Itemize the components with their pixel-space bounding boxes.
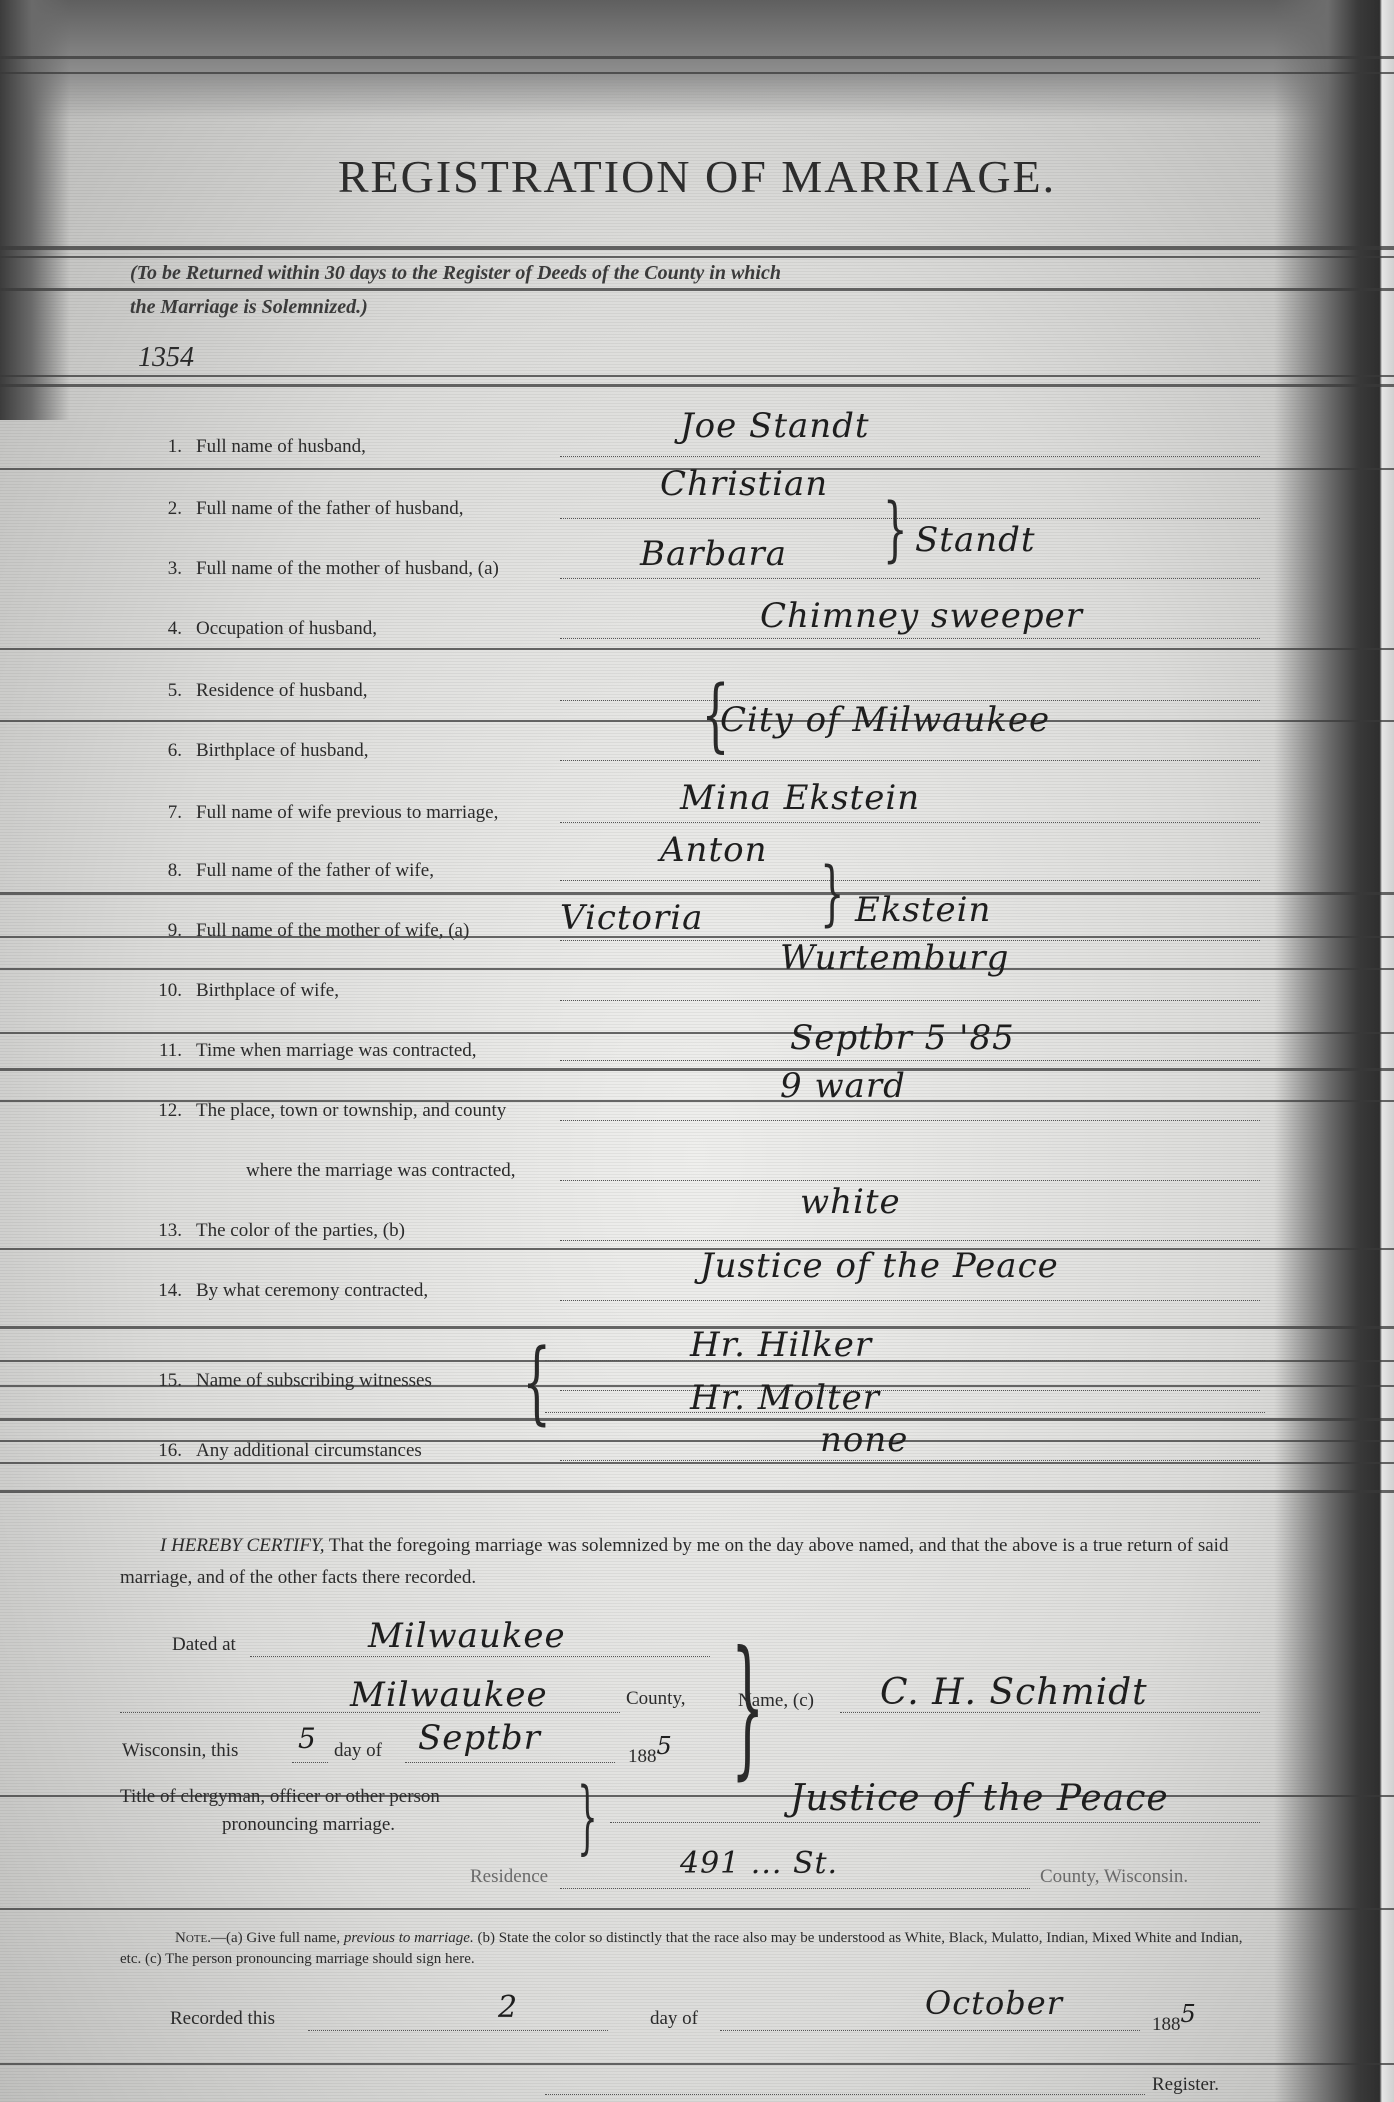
- note-part-a-italic: previous to marriage.: [344, 1930, 474, 1946]
- field-label: Birthplace of husband,: [196, 740, 369, 761]
- field-number: 3.: [136, 558, 182, 580]
- form-field-cont: where the marriage was contracted,: [246, 1160, 516, 1182]
- form-field-9: 9.Full name of the mother of wife, (a): [136, 920, 469, 942]
- field-number: 2.: [136, 498, 182, 520]
- field-line: [560, 638, 1260, 639]
- field-label: where the marriage was contracted,: [246, 1160, 516, 1181]
- form-field-6: 6.Birthplace of husband,: [136, 740, 369, 762]
- field-number: 1.: [136, 436, 182, 458]
- scan-streak: [0, 1462, 1394, 1464]
- scan-shadow-right: [1274, 0, 1394, 2102]
- witness-line-1: [545, 1360, 1265, 1361]
- scan-streak: [0, 1248, 1394, 1250]
- county-label: County,: [626, 1688, 685, 1710]
- field-number: 9.: [136, 920, 182, 942]
- field-label: Full name of husband,: [196, 436, 366, 457]
- field-label: Name of subscribing witnesses: [196, 1370, 432, 1391]
- field-value: Anton: [660, 830, 767, 870]
- scan-streak: [0, 56, 1394, 59]
- field-label: By what ceremony contracted,: [196, 1280, 428, 1301]
- field-number: 16.: [136, 1440, 182, 1462]
- field-line: [560, 880, 1260, 881]
- scan-shadow-left: [0, 0, 70, 420]
- scan-streak: [0, 648, 1394, 650]
- brace-husband-parents: }: [883, 488, 908, 570]
- day-of-label: day of: [334, 1740, 382, 1762]
- title-label-1: Title of clergyman, officer or other per…: [120, 1786, 440, 1808]
- field-label: Full name of wife previous to marriage,: [196, 802, 498, 823]
- footnote: Note.—(a) Give full name, previous to ma…: [120, 1928, 1260, 1970]
- residence-label: Residence: [470, 1866, 548, 1888]
- title-label-2: pronouncing marriage.: [222, 1814, 395, 1836]
- scan-streak: [0, 2063, 1394, 2065]
- form-field-2: 2.Full name of the father of husband,: [136, 498, 464, 520]
- scan-streak: [0, 256, 1394, 258]
- field-value: Septbr 5 '85: [790, 1018, 1015, 1058]
- field-value: Joe Standt: [680, 406, 870, 446]
- field-number: 10.: [136, 980, 182, 1002]
- field-number: 4.: [136, 618, 182, 640]
- field-value: none: [820, 1420, 908, 1460]
- field-number: 12.: [136, 1100, 182, 1122]
- field-label: Any additional circumstances: [196, 1440, 422, 1461]
- husband-residence-birthplace: City of Milwaukee: [720, 700, 1050, 740]
- field-label: The color of the parties, (b): [196, 1220, 405, 1241]
- field-value: white: [800, 1182, 901, 1222]
- scan-streak: [0, 288, 1394, 291]
- field-value: Mina Ekstein: [680, 778, 920, 818]
- form-field-13: 13.The color of the parties, (b): [136, 1220, 405, 1242]
- month-line: [405, 1762, 615, 1763]
- form-field-3: 3.Full name of the mother of husband, (a…: [136, 558, 499, 580]
- field-label: Full name of the father of wife,: [196, 860, 434, 881]
- county-value: Milwaukee: [350, 1675, 548, 1715]
- field-value: Wurtemburg: [780, 938, 1009, 978]
- year-prefix: 188: [628, 1746, 657, 1767]
- form-field-1: 1.Full name of husband,: [136, 436, 366, 458]
- field-number: 11.: [136, 1040, 182, 1062]
- field-line: [560, 1120, 1260, 1121]
- form-field-7: 7.Full name of wife previous to marriage…: [136, 802, 498, 824]
- note-lead: Note.: [175, 1930, 211, 1946]
- field-label: Full name of the mother of husband, (a): [196, 558, 499, 579]
- subtitle-line-1: (To be Returned within 30 days to the Re…: [130, 262, 781, 285]
- field-number: 8.: [136, 860, 182, 882]
- form-field-4: 4.Occupation of husband,: [136, 618, 377, 640]
- register-signature-line: [545, 2094, 1145, 2095]
- wisconsin-label: Wisconsin, this: [122, 1740, 238, 1762]
- field-label: Full name of the father of husband,: [196, 498, 464, 519]
- field-line: [560, 518, 1260, 519]
- certify-lead: I HEREBY CERTIFY,: [160, 1535, 325, 1556]
- scan-streak: [0, 892, 1394, 895]
- witness-1: Hr. Hilker: [690, 1325, 872, 1365]
- scan-streak: [0, 1908, 1394, 1910]
- scan-streak: [0, 720, 1394, 722]
- day-value: 5: [298, 1722, 317, 1755]
- scan-streak: [0, 375, 1394, 377]
- field-number: 15.: [136, 1370, 182, 1392]
- brace-wife-parents: }: [820, 852, 845, 934]
- scan-shadow-top: [0, 0, 1394, 120]
- dated-at-value: Milwaukee: [368, 1616, 566, 1656]
- dated-at-line: [250, 1656, 710, 1657]
- field-line: [560, 1300, 1260, 1301]
- scan-streak: [0, 72, 1394, 74]
- field-value: Chimney sweeper: [760, 596, 1083, 636]
- form-field-5: 5.Residence of husband,: [136, 680, 367, 702]
- recorded-month-line: [720, 2030, 1140, 2031]
- scan-streak: [0, 1418, 1394, 1421]
- field-value: Victoria: [560, 898, 703, 938]
- scan-streak: [0, 968, 1394, 970]
- field-line: [560, 456, 1260, 457]
- field-label: Time when marriage was contracted,: [196, 1040, 477, 1061]
- field-line: [560, 1180, 1260, 1181]
- title-line: [610, 1822, 1260, 1823]
- name-label: Name, (c): [738, 1690, 814, 1712]
- scan-streak: [0, 384, 1394, 387]
- field-label: Birthplace of wife,: [196, 980, 339, 1001]
- field-number: 7.: [136, 802, 182, 824]
- brace-title: }: [577, 1770, 597, 1863]
- scan-streak: [0, 1068, 1394, 1071]
- document-title: REGISTRATION OF MARRIAGE.: [0, 150, 1394, 203]
- recorded-label: Recorded this: [170, 2008, 275, 2030]
- field-value: Christian: [660, 464, 828, 504]
- certification-text: I HEREBY CERTIFY, That the foregoing mar…: [120, 1530, 1260, 1594]
- field-line: [560, 1000, 1260, 1001]
- field-line: [560, 578, 1260, 579]
- form-field-8: 8.Full name of the father of wife,: [136, 860, 434, 882]
- registration-number: 1354: [138, 342, 194, 374]
- dated-at-label: Dated at: [172, 1634, 236, 1656]
- form-field-16: 16.Any additional circumstances: [136, 1440, 422, 1462]
- recorded-day-line: [308, 2030, 608, 2031]
- field-line: [560, 1240, 1260, 1241]
- field-line: [560, 1460, 1260, 1461]
- field-value: Barbara: [640, 534, 787, 574]
- county-wisconsin-label: County, Wisconsin.: [1040, 1866, 1188, 1888]
- field-line: [560, 1390, 1260, 1391]
- month-value: Septbr: [418, 1718, 541, 1758]
- husband-parents-surname: Standt: [915, 520, 1036, 560]
- recorded-year-prefix: 188: [1152, 2014, 1181, 2035]
- field-line: [560, 822, 1260, 823]
- wife-parents-surname: Ekstein: [855, 890, 991, 930]
- scan-streak: [0, 1032, 1394, 1034]
- field-line: [560, 760, 1260, 761]
- residence-line: [560, 1888, 1030, 1889]
- field-number: 13.: [136, 1220, 182, 1242]
- form-field-10: 10.Birthplace of wife,: [136, 980, 339, 1002]
- field-number: 6.: [136, 740, 182, 762]
- form-field-14: 14.By what ceremony contracted,: [136, 1280, 428, 1302]
- field-line: [560, 1060, 1260, 1061]
- note-part-a: —(a) Give full name,: [211, 1930, 344, 1946]
- subtitle-line-2: the Marriage is Solemnized.): [130, 296, 368, 319]
- field-value: Justice of the Peace: [700, 1246, 1059, 1286]
- field-value: 9 ward: [780, 1066, 906, 1106]
- scan-streak: [0, 246, 1394, 250]
- field-label: Occupation of husband,: [196, 618, 377, 639]
- field-number: 14.: [136, 1280, 182, 1302]
- register-label: Register.: [1152, 2074, 1219, 2096]
- form-field-11: 11.Time when marriage was contracted,: [136, 1040, 477, 1062]
- scan-streak: [0, 1490, 1394, 1493]
- year-label: 1885: [628, 1740, 673, 1768]
- witness-line-2: [545, 1412, 1265, 1413]
- recorded-day-of-label: day of: [650, 2008, 698, 2030]
- recorded-month-value: October: [925, 1984, 1063, 2022]
- title-value: Justice of the Peace: [790, 1778, 1169, 1819]
- officiant-name: C. H. Schmidt: [880, 1672, 1148, 1713]
- form-field-15: 15.Name of subscribing witnesses: [136, 1370, 432, 1392]
- day-line: [292, 1762, 328, 1763]
- residence-value: 491 ... St.: [680, 1846, 838, 1881]
- field-label: Full name of the mother of wife, (a): [196, 920, 469, 941]
- field-label: The place, town or township, and county: [196, 1100, 506, 1121]
- year-suffix: 5: [657, 1732, 673, 1760]
- field-label: Residence of husband,: [196, 680, 367, 701]
- recorded-year: 1885: [1152, 2008, 1197, 2036]
- recorded-day-value: 2: [498, 1990, 518, 2025]
- field-number: 5.: [136, 680, 182, 702]
- brace-witnesses: {: [522, 1330, 551, 1435]
- recorded-year-suffix: 5: [1181, 2000, 1197, 2028]
- form-field-12: 12.The place, town or township, and coun…: [136, 1100, 506, 1122]
